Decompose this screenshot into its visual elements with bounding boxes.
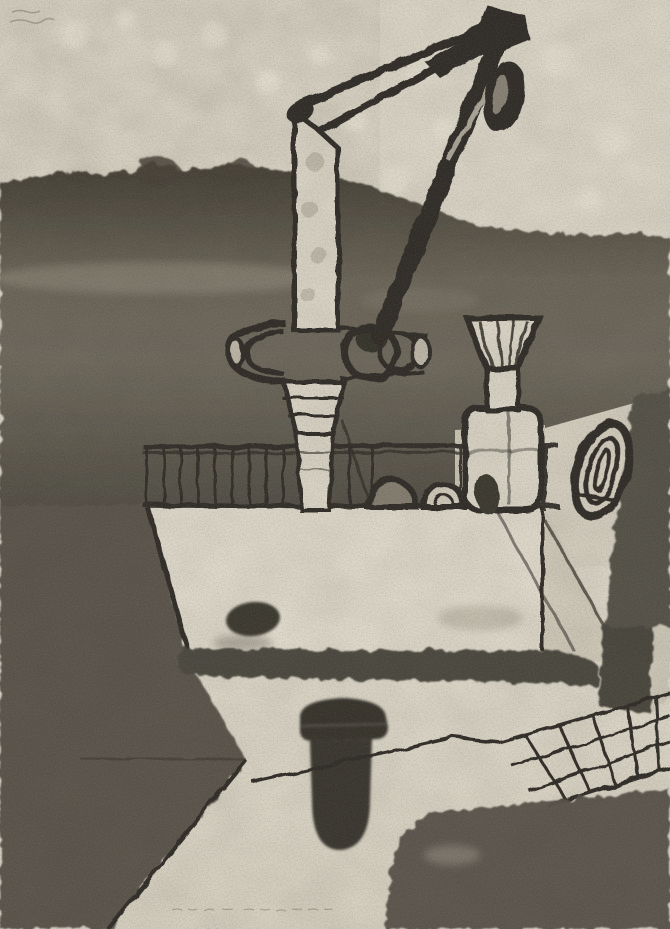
litho-grain	[0, 0, 670, 929]
artwork-canvas: Ship foredeck with a tall cargo crane an…	[0, 0, 670, 929]
lithograph-print: Ship foredeck with a tall cargo crane an…	[0, 0, 670, 929]
